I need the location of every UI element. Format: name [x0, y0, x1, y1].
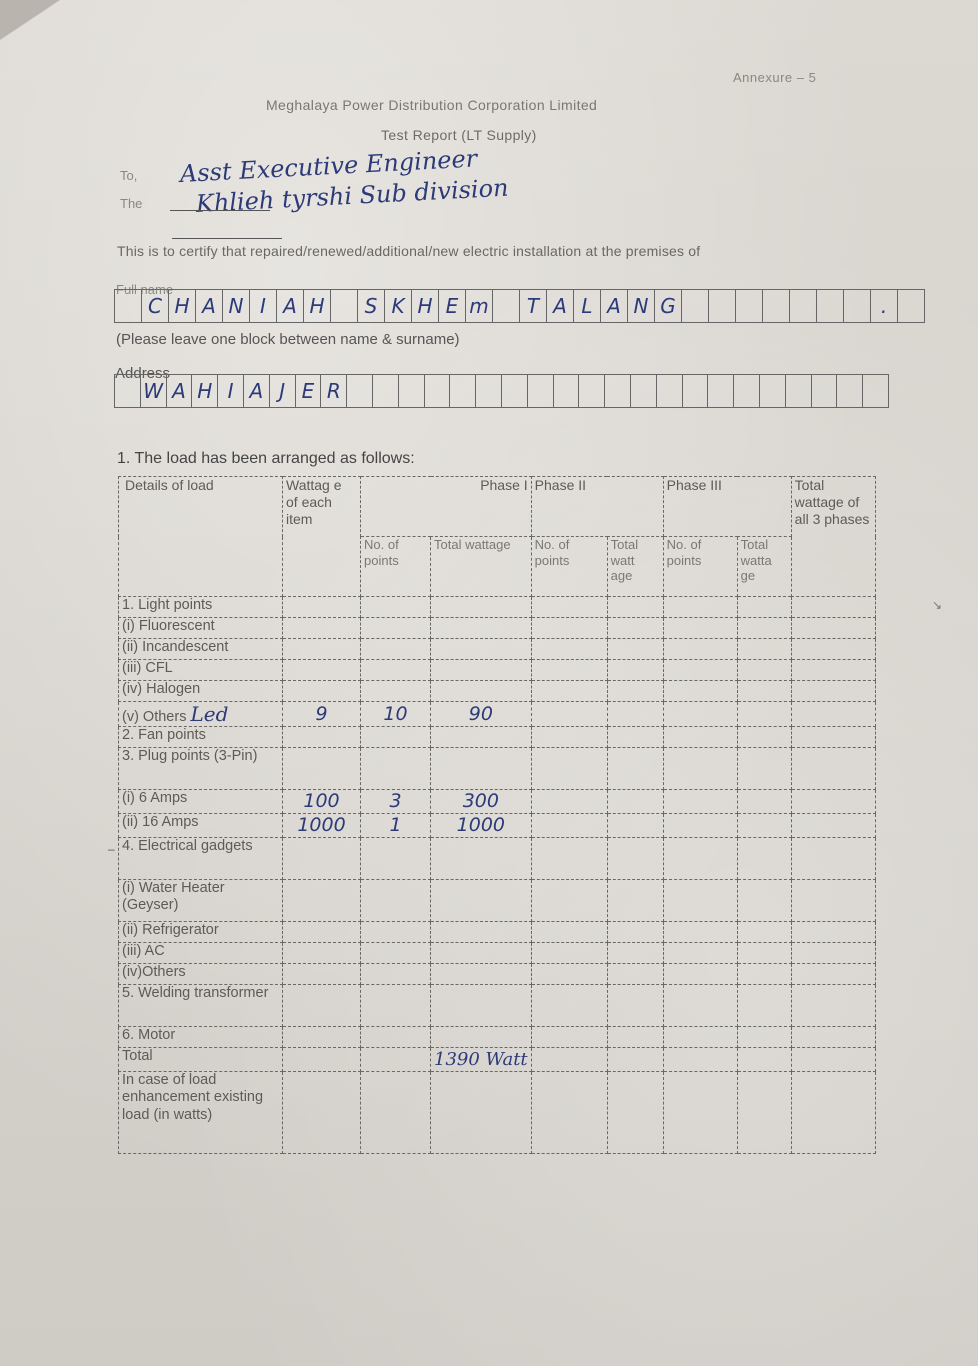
empty-cell[interactable]: [607, 702, 663, 727]
cell-p1-total[interactable]: [431, 597, 532, 618]
empty-cell[interactable]: [737, 639, 791, 660]
header-phase-1: Phase I: [361, 477, 532, 537]
cell-wattage[interactable]: [283, 639, 361, 660]
cell-p1-total[interactable]: [431, 879, 532, 921]
empty-cell[interactable]: [531, 963, 607, 984]
cell-p1-points[interactable]: 1: [361, 814, 431, 838]
cell-wattage[interactable]: [283, 879, 361, 921]
char-box[interactable]: W: [141, 375, 167, 407]
empty-cell[interactable]: [791, 702, 875, 727]
cell-p1-points[interactable]: [361, 727, 431, 748]
the-label: The: [120, 196, 142, 211]
cell-wattage[interactable]: [283, 1047, 361, 1071]
cell-wattage[interactable]: 1000: [283, 814, 361, 838]
char-box[interactable]: T: [520, 290, 547, 322]
empty-cell[interactable]: [663, 921, 737, 942]
cell-p1-points[interactable]: [361, 748, 431, 790]
address-field[interactable]: WAHIAJER: [114, 374, 889, 408]
handwritten-item-note: Led: [190, 702, 228, 726]
empty-cell[interactable]: [531, 1071, 607, 1153]
load-item-label: In case of load enhancement existing loa…: [119, 1071, 283, 1153]
header-p3-points: No. of points: [663, 537, 737, 597]
empty-cell[interactable]: [663, 597, 737, 618]
empty-cell[interactable]: [737, 984, 791, 1026]
empty-cell[interactable]: [607, 1026, 663, 1047]
cell-p1-total[interactable]: [431, 1071, 532, 1153]
empty-cell[interactable]: [791, 790, 875, 814]
load-section-title: 1. The load has been arranged as follows…: [117, 450, 415, 468]
char-box[interactable]: [682, 290, 709, 322]
load-item-text: (v) Others: [122, 709, 186, 725]
char-box[interactable]: H: [412, 290, 439, 322]
empty-cell[interactable]: [737, 748, 791, 790]
empty-cell[interactable]: [737, 727, 791, 748]
load-item-text: (ii) Incandescent: [122, 639, 228, 655]
empty-cell[interactable]: [737, 879, 791, 921]
empty-cell[interactable]: [607, 963, 663, 984]
table-row: (iv)Others: [119, 963, 876, 984]
cell-wattage[interactable]: [283, 984, 361, 1026]
load-item-text: (iv) Halogen: [122, 681, 200, 697]
empty-cell[interactable]: [737, 618, 791, 639]
cell-p1-total[interactable]: [431, 837, 532, 879]
empty-cell[interactable]: [607, 790, 663, 814]
table-row: 6. Motor: [119, 1026, 876, 1047]
empty-cell[interactable]: [607, 639, 663, 660]
cell-wattage[interactable]: [283, 837, 361, 879]
char-box[interactable]: .: [871, 290, 898, 322]
char-box[interactable]: [115, 290, 142, 322]
char-box[interactable]: m: [466, 290, 493, 322]
empty-cell[interactable]: [737, 837, 791, 879]
load-table: Details of load Wattag e of each item Ph…: [118, 476, 876, 1154]
empty-cell[interactable]: [531, 984, 607, 1026]
char-box[interactable]: [425, 375, 451, 407]
char-box[interactable]: [579, 375, 605, 407]
empty-cell[interactable]: [791, 984, 875, 1026]
char-box[interactable]: K: [385, 290, 412, 322]
empty-cell[interactable]: [531, 942, 607, 963]
paper-corner-fold: [0, 0, 60, 40]
empty-cell[interactable]: [791, 597, 875, 618]
char-box[interactable]: G: [655, 290, 682, 322]
cell-wattage[interactable]: [283, 618, 361, 639]
cell-p1-total[interactable]: [431, 639, 532, 660]
table-row: 1. Light points: [119, 597, 876, 618]
table-row: 4. Electrical gadgets: [119, 837, 876, 879]
empty-cell[interactable]: [737, 1047, 791, 1071]
table-row: (ii) Refrigerator: [119, 921, 876, 942]
cell-p1-total[interactable]: 300: [431, 790, 532, 814]
char-box[interactable]: [115, 375, 141, 407]
empty-cell[interactable]: [737, 942, 791, 963]
char-box[interactable]: H: [304, 290, 331, 322]
load-item-label: (ii) 16 Amps: [119, 814, 283, 838]
char-box[interactable]: [844, 290, 871, 322]
load-item-label: 5. Welding transformer: [119, 984, 283, 1026]
empty-cell[interactable]: [531, 748, 607, 790]
cell-p1-points[interactable]: 3: [361, 790, 431, 814]
table-row: (i) 6 Amps1003300: [119, 790, 876, 814]
char-box[interactable]: [708, 375, 734, 407]
cell-wattage[interactable]: [283, 748, 361, 790]
header-p2-points: No. of points: [531, 537, 607, 597]
empty-cell[interactable]: [531, 702, 607, 727]
load-item-text: (ii) Refrigerator: [122, 922, 219, 938]
char-box[interactable]: [605, 375, 631, 407]
load-item-label: 2. Fan points: [119, 727, 283, 748]
load-item-label: (i) Water Heater (Geyser): [119, 879, 283, 921]
char-box[interactable]: [760, 375, 786, 407]
empty-cell[interactable]: [737, 1026, 791, 1047]
char-box[interactable]: [331, 290, 358, 322]
empty-cell[interactable]: [791, 1071, 875, 1153]
cell-p1-points[interactable]: [361, 660, 431, 681]
empty-cell[interactable]: [737, 702, 791, 727]
cell-p1-points[interactable]: [361, 618, 431, 639]
underline: [170, 210, 270, 211]
load-item-text: 5. Welding transformer: [122, 985, 268, 1001]
cell-wattage[interactable]: [283, 963, 361, 984]
load-item-label: Total: [119, 1047, 283, 1071]
cell-p1-points[interactable]: [361, 942, 431, 963]
empty-cell[interactable]: [607, 1071, 663, 1153]
load-item-text: (i) Water Heater (Geyser): [122, 880, 225, 913]
empty-cell[interactable]: [663, 963, 737, 984]
empty-cell[interactable]: [791, 963, 875, 984]
char-box[interactable]: [734, 375, 760, 407]
char-box[interactable]: [502, 375, 528, 407]
table-row: (i) Water Heater (Geyser): [119, 879, 876, 921]
char-box[interactable]: [347, 375, 373, 407]
cell-wattage[interactable]: [283, 921, 361, 942]
certification-text: This is to certify that repaired/renewed…: [117, 243, 700, 259]
empty-cell[interactable]: [663, 814, 737, 838]
header-phase-3: Phase III: [663, 477, 791, 537]
table-row: (iii) AC: [119, 942, 876, 963]
cell-wattage[interactable]: [283, 1026, 361, 1047]
load-item-label: (ii) Incandescent: [119, 639, 283, 660]
cell-p1-total[interactable]: [431, 984, 532, 1026]
empty-cell[interactable]: [791, 748, 875, 790]
char-box[interactable]: N: [223, 290, 250, 322]
empty-cell[interactable]: [663, 748, 737, 790]
table-row: In case of load enhancement existing loa…: [119, 1071, 876, 1153]
empty-cell[interactable]: [791, 727, 875, 748]
cell-p1-points[interactable]: [361, 1071, 431, 1153]
cell-wattage[interactable]: [283, 660, 361, 681]
cell-p1-total[interactable]: [431, 942, 532, 963]
char-box[interactable]: A: [244, 375, 270, 407]
cell-p1-total[interactable]: 90: [431, 702, 532, 727]
empty-cell[interactable]: [791, 879, 875, 921]
cell-wattage[interactable]: [283, 942, 361, 963]
char-box[interactable]: [528, 375, 554, 407]
load-item-text: Total: [122, 1048, 153, 1064]
empty-cell[interactable]: [663, 681, 737, 702]
empty-cell[interactable]: [791, 942, 875, 963]
cell-p1-points[interactable]: [361, 984, 431, 1026]
char-box[interactable]: [736, 290, 763, 322]
empty-cell[interactable]: [607, 984, 663, 1026]
empty-cell[interactable]: [531, 814, 607, 838]
cell-p1-total[interactable]: [431, 727, 532, 748]
table-row: (ii) 16 Amps100011000: [119, 814, 876, 838]
empty-cell[interactable]: [791, 814, 875, 838]
load-item-label: 6. Motor: [119, 1026, 283, 1047]
empty-cell[interactable]: [663, 727, 737, 748]
char-box[interactable]: E: [296, 375, 322, 407]
load-item-text: 1. Light points: [122, 597, 212, 613]
load-item-text: 2. Fan points: [122, 727, 206, 743]
stray-mark: –: [108, 842, 115, 856]
header-p1-total: Total wattage: [431, 537, 532, 597]
cell-p1-total[interactable]: [431, 921, 532, 942]
underline: [172, 238, 282, 239]
empty-cell[interactable]: [531, 618, 607, 639]
empty-cell[interactable]: [791, 1047, 875, 1071]
empty-cell[interactable]: [531, 837, 607, 879]
empty-cell[interactable]: [663, 618, 737, 639]
cell-p1-total[interactable]: [431, 681, 532, 702]
char-box[interactable]: [554, 375, 580, 407]
empty-cell[interactable]: [607, 618, 663, 639]
empty-cell[interactable]: [607, 879, 663, 921]
empty-cell[interactable]: [663, 1026, 737, 1047]
cell-wattage[interactable]: 9: [283, 702, 361, 727]
empty-cell[interactable]: [663, 702, 737, 727]
table-row: Total1390 Watt: [119, 1047, 876, 1071]
organization-name: Meghalaya Power Distribution Corporation…: [266, 97, 597, 113]
table-row: (ii) Incandescent: [119, 639, 876, 660]
cell-p1-points[interactable]: [361, 837, 431, 879]
char-box[interactable]: [493, 290, 520, 322]
char-box[interactable]: J: [270, 375, 296, 407]
empty-cell[interactable]: [791, 837, 875, 879]
cell-p1-total[interactable]: [431, 660, 532, 681]
load-item-label: (iv)Others: [119, 963, 283, 984]
cell-p1-points[interactable]: [361, 597, 431, 618]
load-item-label: 4. Electrical gadgets: [119, 837, 283, 879]
table-row: 5. Welding transformer: [119, 984, 876, 1026]
empty-cell[interactable]: [663, 660, 737, 681]
cell-wattage[interactable]: [283, 597, 361, 618]
char-box[interactable]: [399, 375, 425, 407]
table-row: 2. Fan points: [119, 727, 876, 748]
char-box[interactable]: [373, 375, 399, 407]
empty-cell[interactable]: [737, 790, 791, 814]
empty-cell[interactable]: [737, 921, 791, 942]
cell-p1-total[interactable]: [431, 963, 532, 984]
empty-cell[interactable]: [607, 660, 663, 681]
char-box[interactable]: [709, 290, 736, 322]
load-item-text: (ii) 16 Amps: [122, 814, 199, 830]
load-item-text: (iv)Others: [122, 964, 186, 980]
char-box[interactable]: A: [547, 290, 574, 322]
empty-cell[interactable]: [663, 790, 737, 814]
empty-cell[interactable]: [607, 1047, 663, 1071]
load-item-label: 3. Plug points (3-Pin): [119, 748, 283, 790]
load-item-label: 1. Light points: [119, 597, 283, 618]
cell-p1-points[interactable]: 10: [361, 702, 431, 727]
full-name-field[interactable]: CHANIAHSKHEmTALANG.: [114, 289, 925, 323]
char-box[interactable]: N: [628, 290, 655, 322]
char-box[interactable]: [812, 375, 838, 407]
header-details-of-load: Details of load: [119, 477, 283, 597]
cell-p1-points[interactable]: [361, 681, 431, 702]
load-item-text: (i) 6 Amps: [122, 790, 187, 806]
empty-cell[interactable]: [531, 727, 607, 748]
table-row: (v) Others Led91090: [119, 702, 876, 727]
empty-cell[interactable]: [663, 984, 737, 1026]
cell-p1-points[interactable]: [361, 1047, 431, 1071]
empty-cell[interactable]: [531, 1047, 607, 1071]
empty-cell[interactable]: [531, 921, 607, 942]
char-box[interactable]: R: [321, 375, 347, 407]
stray-mark: ↘: [932, 598, 942, 612]
empty-cell[interactable]: [531, 660, 607, 681]
char-box[interactable]: [763, 290, 790, 322]
empty-cell[interactable]: [607, 748, 663, 790]
cell-wattage[interactable]: [283, 727, 361, 748]
cell-wattage[interactable]: [283, 681, 361, 702]
cell-p1-total[interactable]: [431, 1026, 532, 1047]
empty-cell[interactable]: [737, 1071, 791, 1153]
empty-cell[interactable]: [531, 681, 607, 702]
load-item-text: In case of load enhancement existing loa…: [122, 1072, 263, 1123]
empty-cell[interactable]: [531, 639, 607, 660]
empty-cell[interactable]: [737, 963, 791, 984]
empty-cell[interactable]: [663, 879, 737, 921]
char-box[interactable]: [476, 375, 502, 407]
char-box[interactable]: [837, 375, 863, 407]
empty-cell[interactable]: [531, 1026, 607, 1047]
cell-p1-total[interactable]: [431, 618, 532, 639]
empty-cell[interactable]: [791, 660, 875, 681]
annexure-label: Annexure – 5: [733, 70, 816, 85]
cell-p1-points[interactable]: [361, 1026, 431, 1047]
to-label: To,: [120, 168, 137, 183]
char-box[interactable]: L: [574, 290, 601, 322]
char-box[interactable]: I: [250, 290, 277, 322]
char-box[interactable]: [863, 375, 888, 407]
header-phase-2: Phase II: [531, 477, 663, 537]
cell-wattage[interactable]: 100: [283, 790, 361, 814]
full-name-hint: (Please leave one block between name & s…: [116, 331, 460, 348]
grand-total-value: 1390 Watt: [434, 1049, 528, 1070]
empty-cell[interactable]: [791, 639, 875, 660]
empty-cell[interactable]: [737, 814, 791, 838]
empty-cell[interactable]: [531, 879, 607, 921]
header-p3-total: Total watta ge: [737, 537, 791, 597]
empty-cell[interactable]: [531, 790, 607, 814]
empty-cell[interactable]: [791, 1026, 875, 1047]
empty-cell[interactable]: [737, 597, 791, 618]
empty-cell[interactable]: [531, 597, 607, 618]
load-item-text: 6. Motor: [122, 1027, 175, 1043]
char-box[interactable]: [790, 290, 817, 322]
cell-wattage[interactable]: [283, 1071, 361, 1153]
char-box[interactable]: A: [601, 290, 628, 322]
char-box[interactable]: [786, 375, 812, 407]
char-box[interactable]: [631, 375, 657, 407]
char-box[interactable]: [683, 375, 709, 407]
header-p2-total: Total watt age: [607, 537, 663, 597]
char-box[interactable]: A: [167, 375, 193, 407]
table-row: (i) Fluorescent: [119, 618, 876, 639]
cell-p1-total[interactable]: [431, 748, 532, 790]
empty-cell[interactable]: [607, 727, 663, 748]
empty-cell[interactable]: [607, 921, 663, 942]
empty-cell[interactable]: [737, 660, 791, 681]
empty-cell[interactable]: [663, 1071, 737, 1153]
char-box[interactable]: C: [142, 290, 169, 322]
load-item-label: (iii) AC: [119, 942, 283, 963]
char-box[interactable]: [898, 290, 924, 322]
load-item-text: 3. Plug points (3-Pin): [122, 748, 257, 764]
load-item-text: (iii) AC: [122, 943, 165, 959]
char-box[interactable]: [817, 290, 844, 322]
load-item-label: (iii) CFL: [119, 660, 283, 681]
empty-cell[interactable]: [791, 618, 875, 639]
char-box[interactable]: I: [218, 375, 244, 407]
load-item-label: (ii) Refrigerator: [119, 921, 283, 942]
empty-cell[interactable]: [663, 942, 737, 963]
empty-cell[interactable]: [791, 681, 875, 702]
load-item-text: (i) Fluorescent: [122, 618, 215, 634]
empty-cell[interactable]: [737, 681, 791, 702]
header-wattage-each-item: Wattag e of each item: [283, 477, 361, 597]
char-box[interactable]: H: [192, 375, 218, 407]
char-box[interactable]: A: [196, 290, 223, 322]
char-box[interactable]: [450, 375, 476, 407]
empty-cell[interactable]: [607, 681, 663, 702]
cell-p1-total[interactable]: 1390 Watt: [431, 1047, 532, 1071]
cell-p1-points[interactable]: [361, 639, 431, 660]
empty-cell[interactable]: [663, 639, 737, 660]
char-box[interactable]: E: [439, 290, 466, 322]
header-p1-points: No. of points: [361, 537, 431, 597]
empty-cell[interactable]: [791, 921, 875, 942]
empty-cell[interactable]: [607, 942, 663, 963]
load-item-label: (v) Others Led: [119, 702, 283, 727]
load-item-label: (i) Fluorescent: [119, 618, 283, 639]
table-row: 3. Plug points (3-Pin): [119, 748, 876, 790]
char-box[interactable]: [657, 375, 683, 407]
load-item-label: (iv) Halogen: [119, 681, 283, 702]
load-item-label: (i) 6 Amps: [119, 790, 283, 814]
empty-cell[interactable]: [607, 814, 663, 838]
empty-cell[interactable]: [663, 1047, 737, 1071]
empty-cell[interactable]: [663, 837, 737, 879]
empty-cell[interactable]: [607, 597, 663, 618]
load-item-text: 4. Electrical gadgets: [122, 838, 253, 854]
cell-p1-total[interactable]: 1000: [431, 814, 532, 838]
char-box[interactable]: H: [169, 290, 196, 322]
report-title: Test Report (LT Supply): [381, 127, 537, 143]
cell-p1-points[interactable]: [361, 879, 431, 921]
table-row: (iii) CFL: [119, 660, 876, 681]
char-box[interactable]: S: [358, 290, 385, 322]
cell-p1-points[interactable]: [361, 921, 431, 942]
empty-cell[interactable]: [607, 837, 663, 879]
cell-p1-points[interactable]: [361, 963, 431, 984]
char-box[interactable]: A: [277, 290, 304, 322]
load-item-text: (iii) CFL: [122, 660, 173, 676]
table-row: (iv) Halogen: [119, 681, 876, 702]
header-total-all-phases: Total wattage of all 3 phases: [791, 477, 875, 597]
